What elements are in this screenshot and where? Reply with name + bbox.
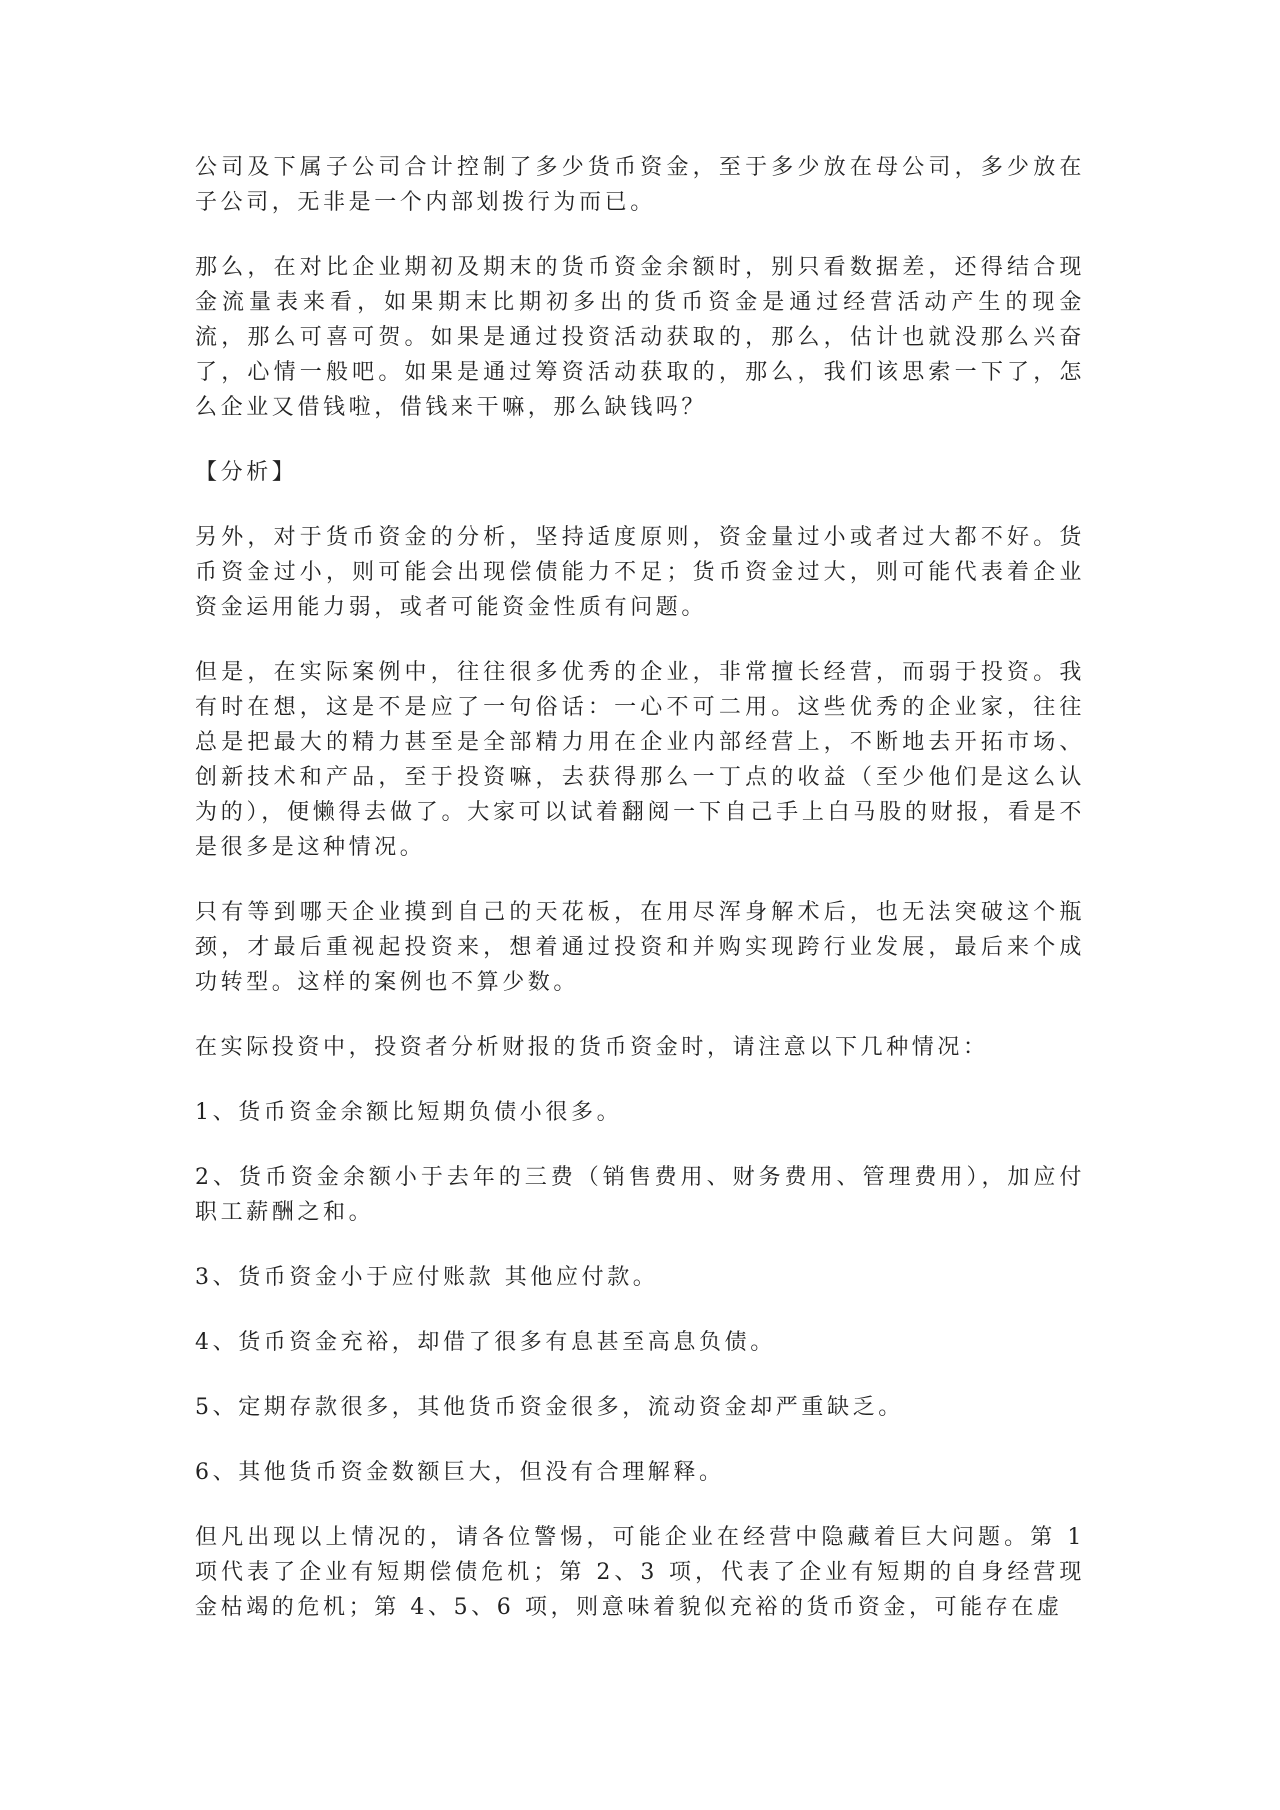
paragraph-subsidiary-funds: 公司及下属子公司合计控制了多少货币资金，至于多少放在母公司，多少放在子公司，无非… [195, 150, 1085, 220]
list-item-6: 6、其他货币资金数额巨大，但没有合理解释。 [195, 1455, 1085, 1490]
paragraph-investor-notes-intro: 在实际投资中，投资者分析财报的货币资金时，请注意以下几种情况： [195, 1030, 1085, 1065]
list-item-2: 2、货币资金余额小于去年的三费（销售费用、财务费用、管理费用），加应付职工薪酬之… [195, 1160, 1085, 1230]
section-heading-analysis: 【分析】 [195, 455, 1085, 490]
list-item-5: 5、定期存款很多，其他货币资金很多，流动资金却严重缺乏。 [195, 1390, 1085, 1425]
paragraph-moderation-principle: 另外，对于货币资金的分析，坚持适度原则，资金量过小或者过大都不好。货币资金过小，… [195, 520, 1085, 625]
list-item-1: 1、货币资金余额比短期负债小很多。 [195, 1095, 1085, 1130]
list-item-3: 3、货币资金小于应付账款 其他应付款。 [195, 1260, 1085, 1295]
document-page: 公司及下属子公司合计控制了多少货币资金，至于多少放在母公司，多少放在子公司，无非… [195, 150, 1085, 1655]
paragraph-ceiling-transformation: 只有等到哪天企业摸到自己的天花板，在用尽浑身解术后，也无法突破这个瓶颈，才最后重… [195, 895, 1085, 1000]
paragraph-practical-cases: 但是，在实际案例中，往往很多优秀的企业，非常擅长经营，而弱于投资。我有时在想，这… [195, 655, 1085, 865]
list-item-4: 4、货币资金充裕，却借了很多有息甚至高息负债。 [195, 1325, 1085, 1360]
paragraph-warning-summary: 但凡出现以上情况的，请各位警惕，可能企业在经营中隐藏着巨大问题。第 1 项代表了… [195, 1520, 1085, 1625]
paragraph-cash-flow-comparison: 那么，在对比企业期初及期末的货币资金余额时，别只看数据差，还得结合现金流量表来看… [195, 250, 1085, 425]
